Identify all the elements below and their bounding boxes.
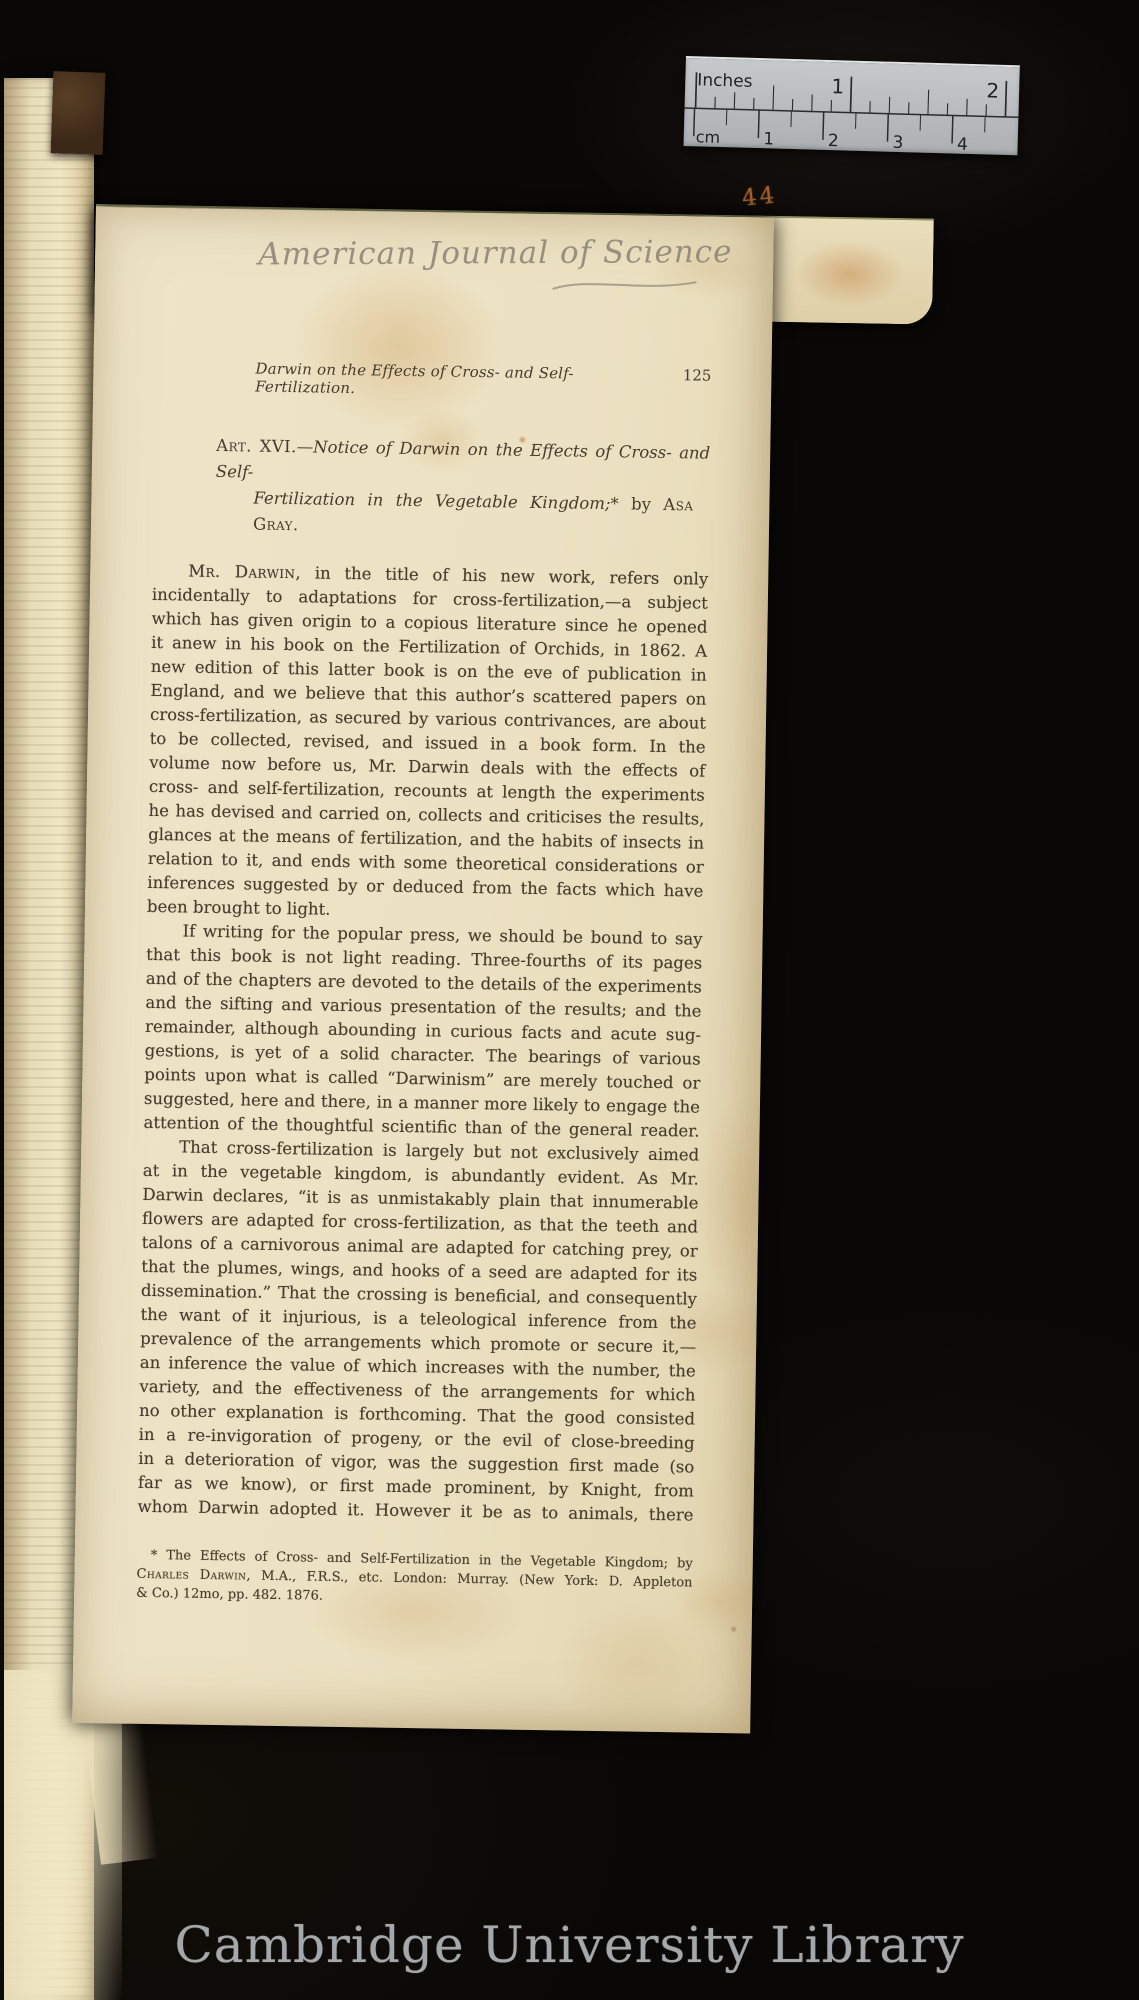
svg-text:2: 2	[986, 78, 999, 102]
handwritten-note-text: American Journal of Science	[258, 234, 732, 272]
svg-text:4: 4	[957, 135, 968, 155]
svg-text:2: 2	[828, 131, 839, 151]
heading-period: .	[293, 515, 299, 534]
small-caps-name: Charles Darwin,	[136, 1567, 251, 1584]
svg-text:1: 1	[763, 129, 774, 149]
article-heading: Art. XVI.—Notice of Darwin on the Effect…	[153, 432, 711, 545]
heading-title-italic-2: Fertilization in the Vegetable Kingdom;*	[253, 489, 619, 514]
footnote: * The Effects of Cross- and Self-Fertili…	[136, 1546, 693, 1612]
library-watermark: Cambridge University Library	[0, 1916, 1139, 1974]
svg-text:3: 3	[892, 133, 903, 153]
pencil-underline	[550, 278, 700, 297]
paragraph: If writing for the popular press, we sho…	[143, 919, 702, 1144]
handwritten-note: American Journal of Science	[258, 234, 728, 272]
book-spine-corner	[51, 71, 106, 155]
small-caps-name: Mr. Darwin,	[188, 561, 301, 582]
page-number: 125	[683, 366, 712, 384]
heading-by: by	[619, 494, 664, 514]
heading-line-1: Art. XVI.—Notice of Darwin on the Effect…	[216, 433, 711, 493]
paragraph: Mr. Darwin, in the title of his new work…	[147, 559, 709, 928]
running-head-title: Darwin on the Effects of Cross- and Self…	[255, 360, 653, 402]
paragraph: That cross-fertilization is largely but …	[137, 1135, 699, 1528]
svg-text:1: 1	[831, 74, 844, 98]
folio-number: 44	[741, 182, 779, 212]
page-content: Darwin on the Effects of Cross- and Self…	[136, 358, 711, 1612]
scanned-page: American Journal of Science Darwin on th…	[72, 207, 774, 1733]
body-paragraphs: Mr. Darwin, in the title of his new work…	[137, 559, 708, 1528]
scan-stage: 44 American Journal of Science Darwin on…	[0, 0, 1139, 2000]
heading-line-2: Fertilization in the Vegetable Kingdom;*…	[253, 486, 694, 545]
ruler-scale: 12Inches12345cm	[683, 58, 1019, 155]
svg-text:Inches: Inches	[697, 70, 753, 92]
svg-text:cm: cm	[695, 127, 720, 147]
running-head: Darwin on the Effects of Cross- and Self…	[155, 358, 711, 387]
measurement-ruler: 12Inches12345cm	[683, 56, 1019, 155]
article-label: Art. XVI.	[216, 436, 297, 456]
